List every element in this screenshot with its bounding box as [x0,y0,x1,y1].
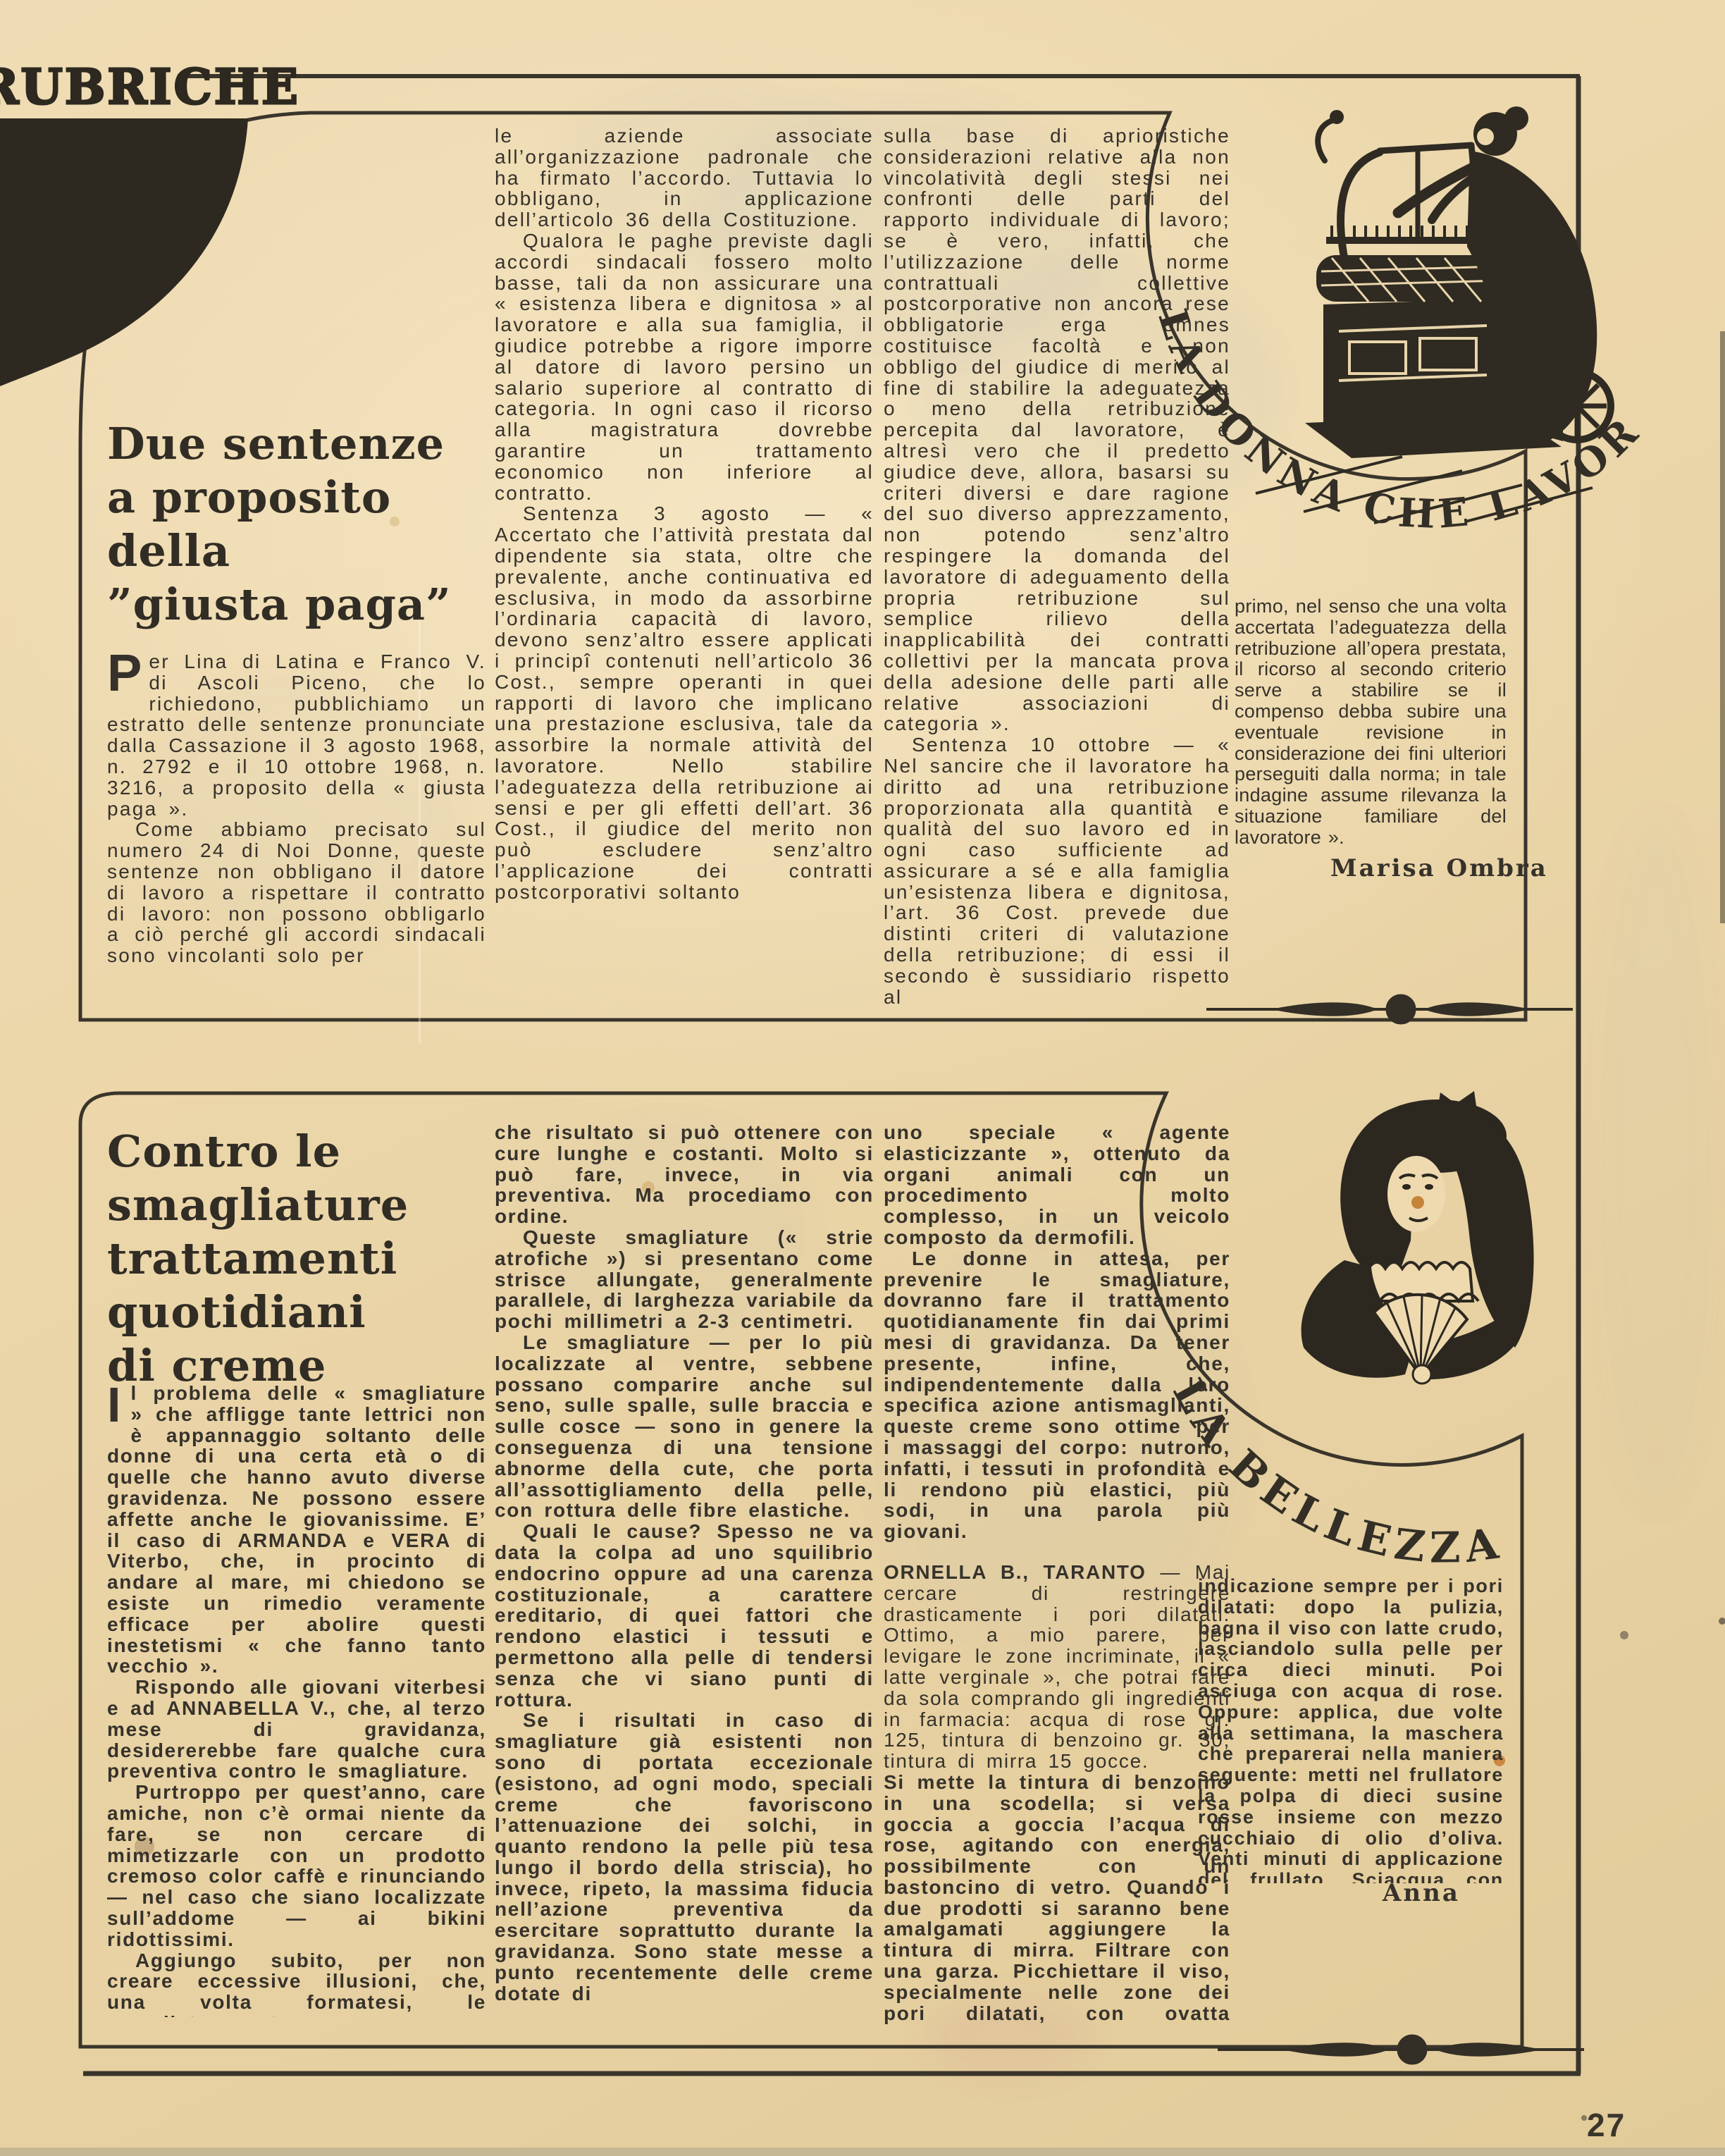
paragraph: le aziende associate all’organizzazione … [495,125,874,230]
article1-column-1: Per Lina di Latina e Franco V. di Ascoli… [107,651,486,1021]
paragraph: Sentenza 3 agosto — « Accertato che l’at… [495,503,874,902]
paragraph: Come abbiamo precisato sul numero 24 di … [107,819,486,966]
paragraph: uno speciale « agente elasticizzante », … [884,1122,1230,1248]
paragraph: Rispondo alle giovani viterbesi e ad ANN… [107,1677,486,1782]
article1-author-signature: Marisa Ombra [1330,854,1548,882]
paragraph: sulla base di aprioristiche considerazio… [884,125,1230,734]
page-number: 27 [1587,2106,1626,2144]
article1-column-2: le aziende associate all’organizzazione … [495,125,874,1018]
article1-column-4: primo, nel senso che una volta accertata… [1235,596,1507,858]
article2-column-3: uno speciale « agente elasticizzante », … [884,1122,1230,2024]
paragraph: Le donne in attesa, per prevenire le sma… [884,1248,1230,1542]
article1-title-line: della [107,524,452,578]
article2-title-line: quotidiani [107,1286,409,1339]
article1-title-line: Due sentenze [107,417,452,471]
dropcap-letter: P [107,651,149,694]
article2-column-1: Il problema delle « smagliature » che af… [107,1383,486,2017]
article2-column-2: che risultato si può ottenere con cure l… [495,1122,874,2024]
paragraph: Aggiungo subito, per non creare eccessiv… [107,1950,486,2017]
corner-black-blob [0,118,248,386]
paragraph: Purtroppo per quest’anno, care amiche, n… [107,1782,486,1949]
paragraph: Se i risultati in caso di smagliature gi… [495,1710,874,2004]
scan-fold-line [419,620,421,1043]
article2-title-line: smagliature [107,1178,409,1232]
dropcap-letter: I [107,1383,130,1425]
paragraph: Queste smagliature (« strie atrofiche »)… [495,1227,874,1332]
spear-ornament-divider [1218,2035,1584,2064]
paragraph: ORNELLA B., TARANTO — Mai cercare di res… [884,1562,1230,1772]
letter-writer-name: ORNELLA B., TARANTO [884,1561,1146,1583]
paragraph: che risultato si può ottenere con cure l… [495,1122,874,1227]
paragraph: Quali le cause? Spesso ne va data la col… [495,1521,874,1710]
paragraph: indicazione sempre per i pori dilatati: … [1198,1576,1504,1883]
paragraph: Il problema delle « smagliature » che af… [107,1383,486,1677]
paragraph: Qualora le paghe previste dagli accordi … [495,230,874,503]
scan-edge-artifact [0,2148,1725,2156]
article1-title-line: ”giusta paga” [107,578,452,632]
paragraph: Si mette la tintura di benzoino in una s… [884,1772,1230,2024]
article1-column-3: sulla base di aprioristiche considerazio… [884,125,1230,1018]
article2-title: Contro le smagliature trattamenti quotid… [107,1125,409,1393]
woman-with-fan-engraving [1302,1091,1534,1384]
article2-title-line: Contro le [107,1125,409,1178]
article1-title: Due sentenze a proposito della ”giusta p… [107,417,452,632]
paragraph: Per Lina di Latina e Franco V. di Ascoli… [107,651,486,819]
paragraph: primo, nel senso che una volta accertata… [1235,596,1507,849]
article1-title-line: a proposito [107,471,452,524]
paragraph: Le smagliature — per lo più localizzate … [495,1332,874,1521]
scan-edge-artifact [1720,331,1725,923]
rubriche-corner-label: RUBRICHE [0,59,300,116]
article2-title-line: trattamenti [107,1232,409,1286]
article2-author-signature: Anna [1383,1879,1460,1907]
magazine-page-scan: LA DONNA CHE LAVORA [0,0,1725,2156]
article2-column-4: indicazione sempre per i pori dilatati: … [1198,1576,1504,1883]
paragraph: Sentenza 10 ottobre — « Nel sancire che … [884,734,1230,1007]
